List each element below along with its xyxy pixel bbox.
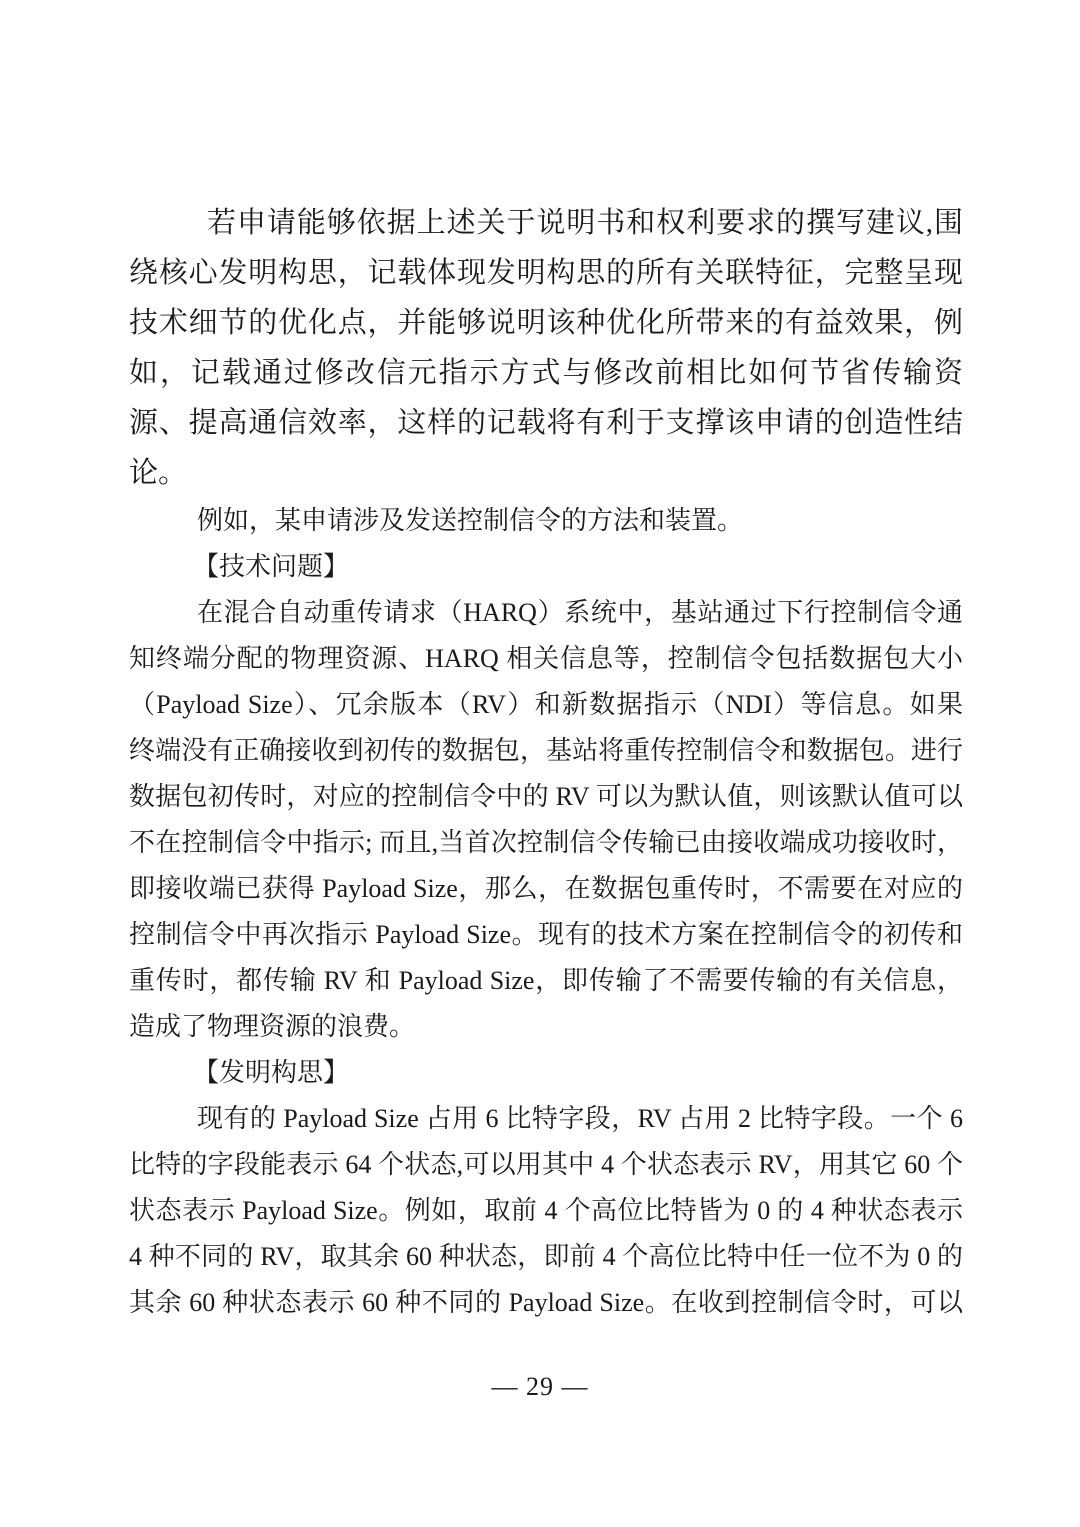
paragraph3-line: 数据包初传时，对应的控制信令中的 RV 可以为默认值，则该默认值可以 [129, 774, 963, 820]
paragraph3-line: 终端没有正确接收到初传的数据包，基站将重传控制信令和数据包。进行 [129, 728, 963, 774]
document-page: 若申请能够依据上述关于说明书和权利要求的撰写建议,围 绕核心发明构思，记载体现发… [0, 0, 1080, 1527]
page-body: 若申请能够依据上述关于说明书和权利要求的撰写建议,围 绕核心发明构思，记载体现发… [129, 198, 963, 1326]
paragraph4-line: 现有的 Payload Size 占用 6 比特字段，RV 占用 2 比特字段。… [129, 1096, 963, 1142]
paragraph3-line: （Payload Size）、冗余版本（RV）和新数据指示（NDI）等信息。如果 [129, 682, 963, 728]
paragraph4-line: 其余 60 种状态表示 60 种不同的 Payload Size。在收到控制信令… [129, 1280, 963, 1326]
paragraph3-line: 在混合自动重传请求（HARQ）系统中，基站通过下行控制信令通 [129, 590, 963, 636]
paragraph1-line: 源、提高通信效率，这样的记载将有利于支撑该申请的创造性结 [129, 398, 963, 448]
heading-technical-problem: 【技术问题】 [129, 544, 963, 590]
paragraph3-line: 重传时，都传输 RV 和 Payload Size，即传输了不需要传输的有关信息… [129, 958, 963, 1004]
paragraph3-line: 造成了物理资源的浪费。 [129, 1004, 963, 1050]
paragraph3-line: 知终端分配的物理资源、HARQ 相关信息等，控制信令包括数据包大小 [129, 636, 963, 682]
paragraph3-line: 不在控制信令中指示; 而且,当首次控制信令传输已由接收端成功接收时， [129, 820, 963, 866]
paragraph1-line: 绕核心发明构思，记载体现发明构思的所有关联特征，完整呈现 [129, 248, 963, 298]
paragraph4-line: 状态表示 Payload Size。例如，取前 4 个高位比特皆为 0 的 4 … [129, 1188, 963, 1234]
paragraph3-line: 控制信令中再次指示 Payload Size。现有的技术方案在控制信令的初传和 [129, 912, 963, 958]
paragraph2-line: 例如，某申请涉及发送控制信令的方法和装置。 [129, 498, 963, 544]
page-number: — 29 — [0, 1364, 1080, 1410]
paragraph3-line: 即接收端已获得 Payload Size，那么，在数据包重传时，不需要在对应的 [129, 866, 963, 912]
paragraph1-line: 论。 [129, 448, 963, 498]
paragraph4-line: 4 种不同的 RV，取其余 60 种状态，即前 4 个高位比特中任一位不为 0 … [129, 1234, 963, 1280]
paragraph1-line: 技术细节的优化点，并能够说明该种优化所带来的有益效果，例 [129, 298, 963, 348]
paragraph4-line: 比特的字段能表示 64 个状态,可以用其中 4 个状态表示 RV，用其它 60 … [129, 1142, 963, 1188]
paragraph1-line: 若申请能够依据上述关于说明书和权利要求的撰写建议,围 [129, 198, 963, 248]
heading-invention-concept: 【发明构思】 [129, 1050, 963, 1096]
paragraph1-line: 如，记载通过修改信元指示方式与修改前相比如何节省传输资 [129, 348, 963, 398]
